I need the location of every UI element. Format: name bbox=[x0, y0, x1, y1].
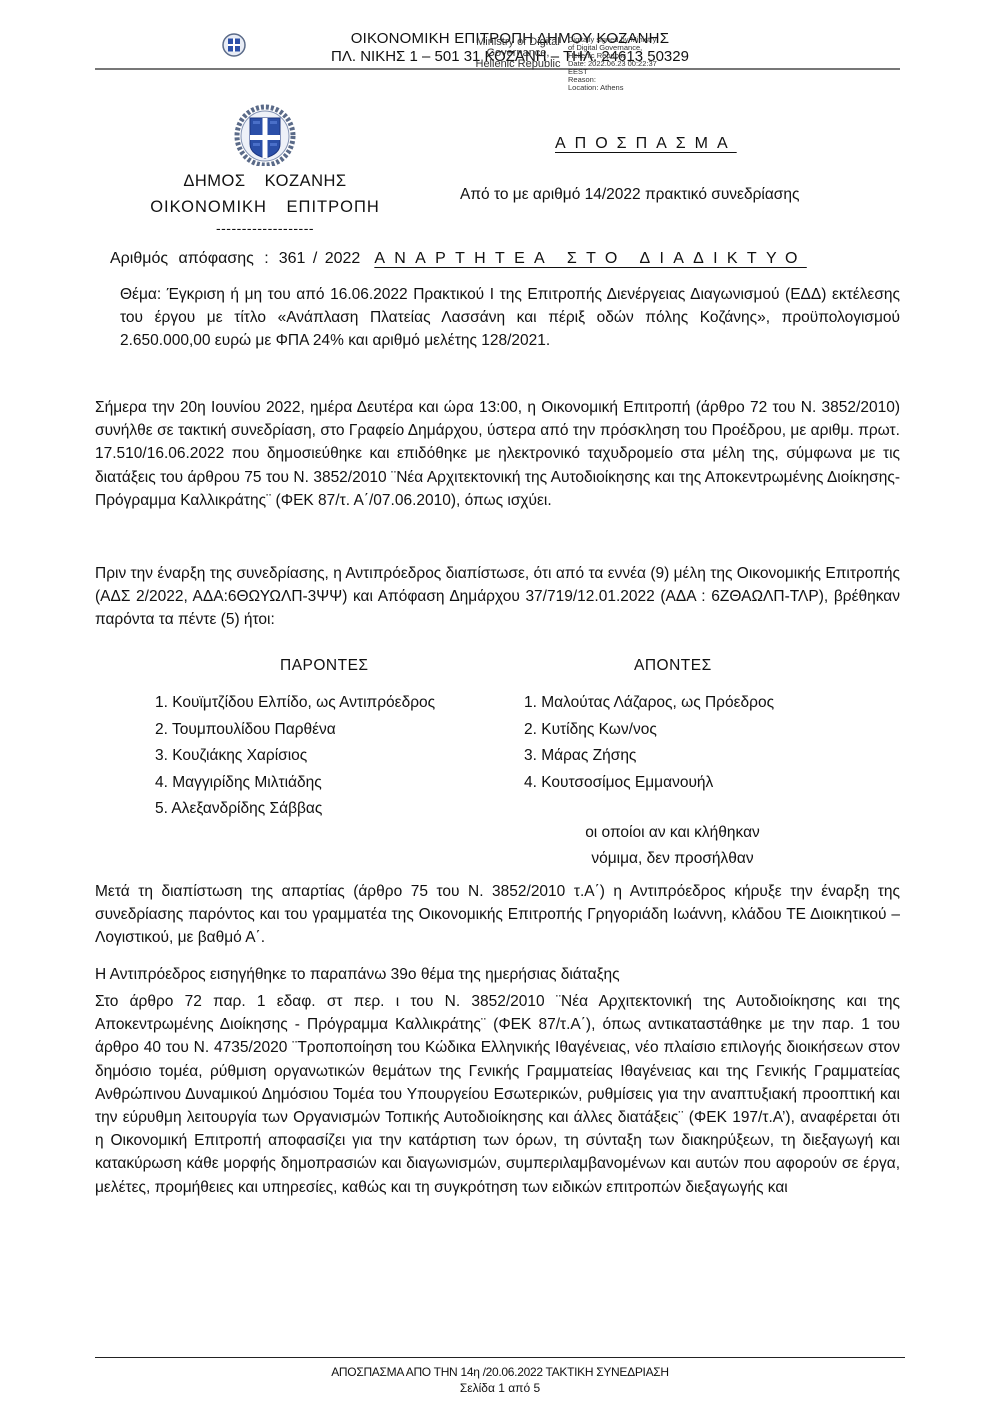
absent-note-line: νόμιμα, δεν προσήλθαν bbox=[555, 846, 790, 872]
list-item: 4. Κουτσοσίμος Εμμανουήλ bbox=[524, 770, 774, 797]
list-item: 3. Μάρας Ζήσης bbox=[524, 743, 774, 770]
decision-number: 361 / 2022 bbox=[279, 250, 361, 267]
absent-note-line: οι οποίοι αν και κλήθηκαν bbox=[555, 820, 790, 846]
document-type-title: ΑΠΟΣΠΑΣΜΑ bbox=[555, 135, 737, 153]
absent-members-list: 1. Μαλούτας Λάζαρος, ως Πρόεδρος 2. Κυτί… bbox=[524, 690, 774, 796]
coat-of-arms-icon bbox=[234, 104, 296, 166]
signature-signer-line: Hellenic Republic bbox=[468, 59, 568, 70]
page-number: Σελίδα 1 από 5 bbox=[95, 1381, 905, 1395]
signature-detail-line: Location: Athens bbox=[568, 84, 657, 92]
digital-signature-signer[interactable]: Ministry of Digital Governance, Hellenic… bbox=[468, 37, 568, 70]
list-item: 4. Μαγγιρίδης Μιλτιάδης bbox=[155, 770, 435, 797]
legal-basis-paragraph: Στο άρθρο 72 παρ. 1 εδαφ. στ περ. ι του … bbox=[95, 990, 900, 1199]
quorum-check-paragraph: Πριν την έναρξη της συνεδρίασης, η Αντιπ… bbox=[95, 562, 900, 632]
present-heading: ΠΑΡΟΝΤΕΣ bbox=[280, 657, 369, 675]
list-item: 5. Αλεξανδρίδης Σάββας bbox=[155, 796, 435, 823]
minutes-reference: Από το με αριθμό 14/2022 πρακτικό συνεδρ… bbox=[460, 186, 799, 204]
absent-heading: ΑΠΟΝΤΕΣ bbox=[634, 657, 712, 675]
session-opening-paragraph: Μετά τη διαπίστωση της απαρτίας (άρθρο 7… bbox=[95, 880, 900, 950]
present-members-list: 1. Κουϊμτζίδου Ελπίδο, ως Αντιπρόεδρος 2… bbox=[155, 690, 435, 823]
list-item: 1. Μαλούτας Λάζαρος, ως Πρόεδρος bbox=[524, 690, 774, 717]
subject-paragraph: Θέμα: Έγκριση ή μη του από 16.06.2022 Πρ… bbox=[120, 283, 900, 353]
municipality-name: ΔΗΜΟΣ ΚΟΖΑΝΗΣ bbox=[130, 172, 400, 191]
digital-signature-details[interactable]: Digitally signed by Ministry of Digital … bbox=[568, 36, 657, 92]
list-item: 2. Κυτίδης Κων/νος bbox=[524, 717, 774, 744]
list-item: 2. Τουμπουλίδου Παρθένα bbox=[155, 717, 435, 744]
committee-name: ΟΙΚΟΝΟΜΙΚΗ ΕΠΙΤΡΟΠΗ bbox=[120, 198, 410, 217]
masthead-dashes: ------------------- bbox=[130, 220, 400, 236]
list-item: 1. Κουϊμτζίδου Ελπίδο, ως Αντιπρόεδρος bbox=[155, 690, 435, 717]
footer-session-info: ΑΠΟΣΠΑΣΜΑ ΑΠΟ ΤΗΝ 14η /20.06.2022 ΤΑΚΤΙΚ… bbox=[95, 1365, 905, 1379]
list-item: 3. Κουζιάκης Χαρίσιος bbox=[155, 743, 435, 770]
header-emblem-icon bbox=[222, 33, 246, 57]
decision-number-row: Αριθμός απόφασης :361 / 2022ΑΝΑΡΤΗΤΕΑ ΣΤ… bbox=[110, 250, 807, 268]
absent-note: οι οποίοι αν και κλήθηκαν νόμιμα, δεν πρ… bbox=[555, 820, 790, 872]
publish-online-note: ΑΝΑΡΤΗΤΕΑ ΣΤΟ ΔΙΑΔΙΚΤΥΟ bbox=[374, 250, 806, 267]
rapporteur-paragraph: Η Αντιπρόεδρος εισηγήθηκε το παραπάνω 39… bbox=[95, 963, 900, 986]
meeting-intro-paragraph: Σήμερα την 20η Ιουνίου 2022, ημέρα Δευτέ… bbox=[95, 396, 900, 512]
footer-divider bbox=[95, 1357, 905, 1358]
decision-number-label: Αριθμός απόφασης : bbox=[110, 250, 269, 267]
